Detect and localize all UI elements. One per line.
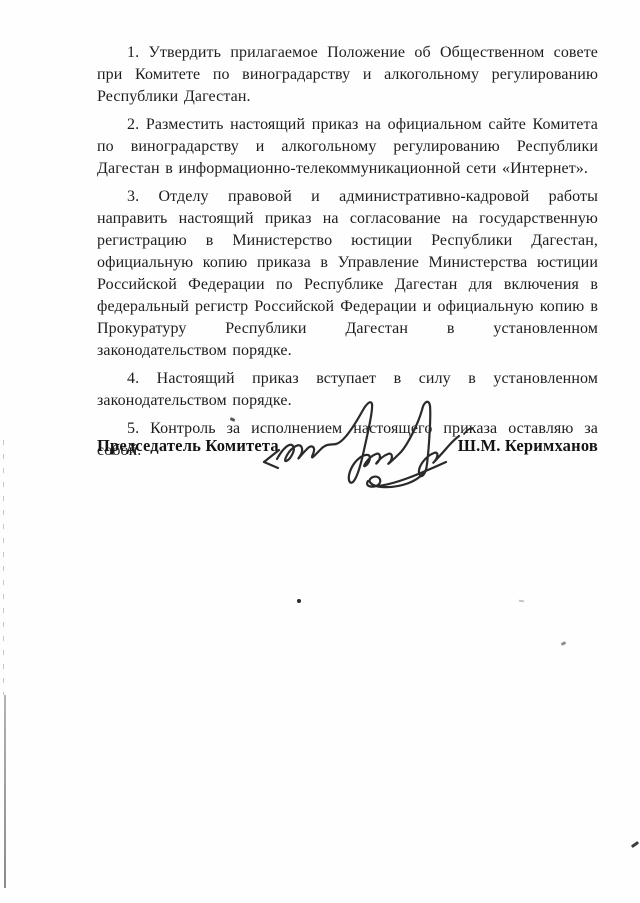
order-paragraph-1: 1. Утвердить прилагаемое Положение об Об…: [97, 42, 598, 108]
scan-speck: [297, 599, 301, 603]
order-paragraph-2: 2. Разместить настоящий приказ на официа…: [97, 114, 598, 180]
signature-row: Председатель Комитета Ш.М. Керимханов: [97, 436, 598, 456]
scan-edge-line-solid: [4, 695, 6, 888]
document-page: 1. Утвердить прилагаемое Положение об Об…: [0, 0, 640, 903]
order-body: 1. Утвердить прилагаемое Положение об Об…: [97, 42, 598, 468]
signer-name: Ш.М. Керимханов: [458, 436, 598, 456]
scan-edge-line-dashed: [3, 440, 4, 695]
scan-speck: [519, 600, 524, 603]
order-paragraph-4: 4. Настоящий приказ вступает в силу в ус…: [97, 368, 598, 412]
scan-speck: [631, 841, 639, 848]
scan-speck: [561, 641, 567, 646]
order-paragraph-3: 3. Отделу правовой и административно-кад…: [97, 186, 598, 362]
signer-position-title: Председатель Комитета: [97, 436, 279, 456]
